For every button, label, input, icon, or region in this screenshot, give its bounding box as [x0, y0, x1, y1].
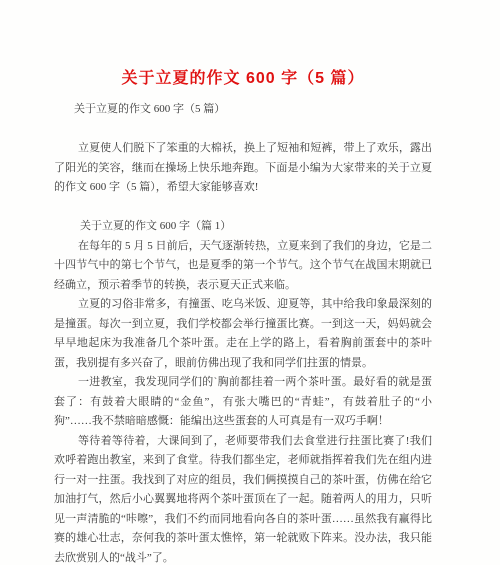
essay-paragraph-4: 等待着等待着，大课间到了，老师要带我们去食堂进行拄蛋比赛了!我们欢呼着跑出教室，…	[54, 432, 432, 565]
essay-paragraph-3: 一进教室，我发现同学们的`胸前都挂着一两个茶叶蛋。最好看的就是蛋套了：有鼓着大眼…	[54, 373, 432, 432]
intro-paragraph: 立夏使人们脱下了笨重的大棉袄，换上了短袖和短裤，带上了欢乐，露出了阳光的笑容，继…	[54, 139, 432, 198]
essay-paragraph-1: 在每年的 5 月 5 日前后，天气逐渐转热，立夏来到了我们的身边，它是二十四节气…	[54, 237, 432, 296]
document-body: 关于立夏的作文 600 字（5 篇） 立夏使人们脱下了笨重的大棉袄，换上了短袖和…	[54, 100, 432, 565]
document-page: 关于立夏的作文 600 字（5 篇） 关于立夏的作文 600 字（5 篇） 立夏…	[0, 0, 500, 565]
essay-paragraph-2: 立夏的习俗非常多，有撞蛋、吃乌米饭、迎夏等，其中给我印象最深刻的是撞蛋。每次一到…	[54, 295, 432, 373]
document-subtitle: 关于立夏的作文 600 字（5 篇）	[54, 100, 432, 120]
page-title: 关于立夏的作文 600 字（5 篇）	[54, 68, 432, 90]
section-1-heading: 关于立夏的作文 600 字（篇 1）	[54, 217, 432, 237]
